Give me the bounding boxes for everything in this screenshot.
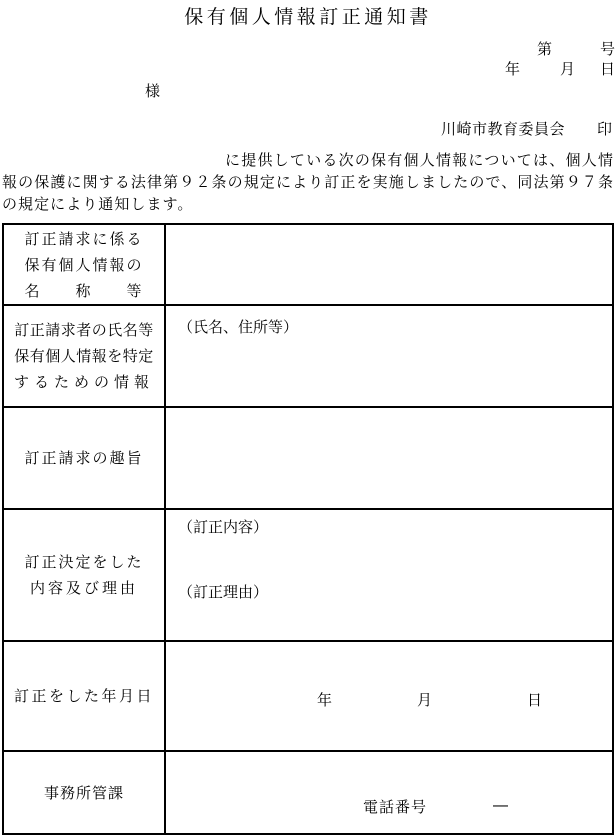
label-line: 訂正請求に係る (24, 226, 143, 252)
notice-paragraph: に提供している次の保有個人情報については、個人情報の保護に関する法律第９２条の規… (2, 149, 614, 215)
name-address-hint: （氏名、住所等） (178, 316, 298, 337)
content-cell-correction-date: 年 月 日 (166, 642, 612, 752)
label-line: 保有個人情報を特定 (14, 343, 154, 369)
date-month-label: 月 (560, 58, 575, 79)
notification-form-table: 訂正請求に係る 保有個人情報の 名 称 等 訂正請求者の氏名等 保有個人情報を特… (2, 223, 614, 835)
doc-number-prefix: 第 (537, 38, 552, 59)
doc-number-suffix: 号 (600, 38, 615, 59)
label-line: 訂正請求の趣旨 (24, 445, 143, 471)
label-cell-correction-date: 訂正をした年月日 (4, 642, 166, 752)
page-title: 保有個人情報訂正通知書 (0, 2, 616, 29)
correction-content-hint: （訂正内容） (178, 516, 268, 537)
phone-number-label: 電話番号 (363, 796, 427, 817)
correction-reason-hint: （訂正理由） (178, 581, 268, 602)
label-line: 訂正請求者の氏名等 (14, 317, 154, 343)
label-cell-target-info-name: 訂正請求に係る 保有個人情報の 名 称 等 (4, 225, 166, 306)
label-line: 訂正決定をした (24, 549, 143, 575)
label-line: するための情報 (14, 369, 154, 395)
label-line: 保有個人情報の (24, 252, 143, 278)
label-cell-decision-content-reason: 訂正決定をした 内容及び理由 (4, 510, 166, 642)
issuer-name: 川崎市教育委員会 (441, 118, 565, 139)
content-cell-request-purpose (166, 408, 612, 510)
label-cell-office-division: 事務所管課 (4, 752, 166, 833)
date-year-label: 年 (505, 58, 520, 79)
content-cell-office-division: 電話番号 ― (166, 752, 612, 833)
content-cell-decision-content-reason: （訂正内容） （訂正理由） (166, 510, 612, 642)
label-line: 名 称 等 (24, 278, 143, 304)
label-line: 内容及び理由 (30, 575, 138, 601)
seal-mark: 印 (597, 118, 612, 139)
day-label: 日 (527, 689, 542, 710)
content-cell-target-info-name (166, 225, 612, 306)
label-cell-requester-name: 訂正請求者の氏名等 保有個人情報を特定 するための情報 (4, 306, 166, 408)
month-label: 月 (417, 689, 432, 710)
addressee-sama-label: 様 (145, 80, 160, 101)
label-cell-request-purpose: 訂正請求の趣旨 (4, 408, 166, 510)
date-day-label: 日 (600, 58, 615, 79)
label-line: 訂正をした年月日 (14, 683, 154, 709)
content-cell-requester-name: （氏名、住所等） (166, 306, 612, 408)
label-line: 事務所管課 (44, 780, 124, 806)
year-label: 年 (317, 689, 332, 710)
phone-number-separator: ― (493, 796, 508, 814)
